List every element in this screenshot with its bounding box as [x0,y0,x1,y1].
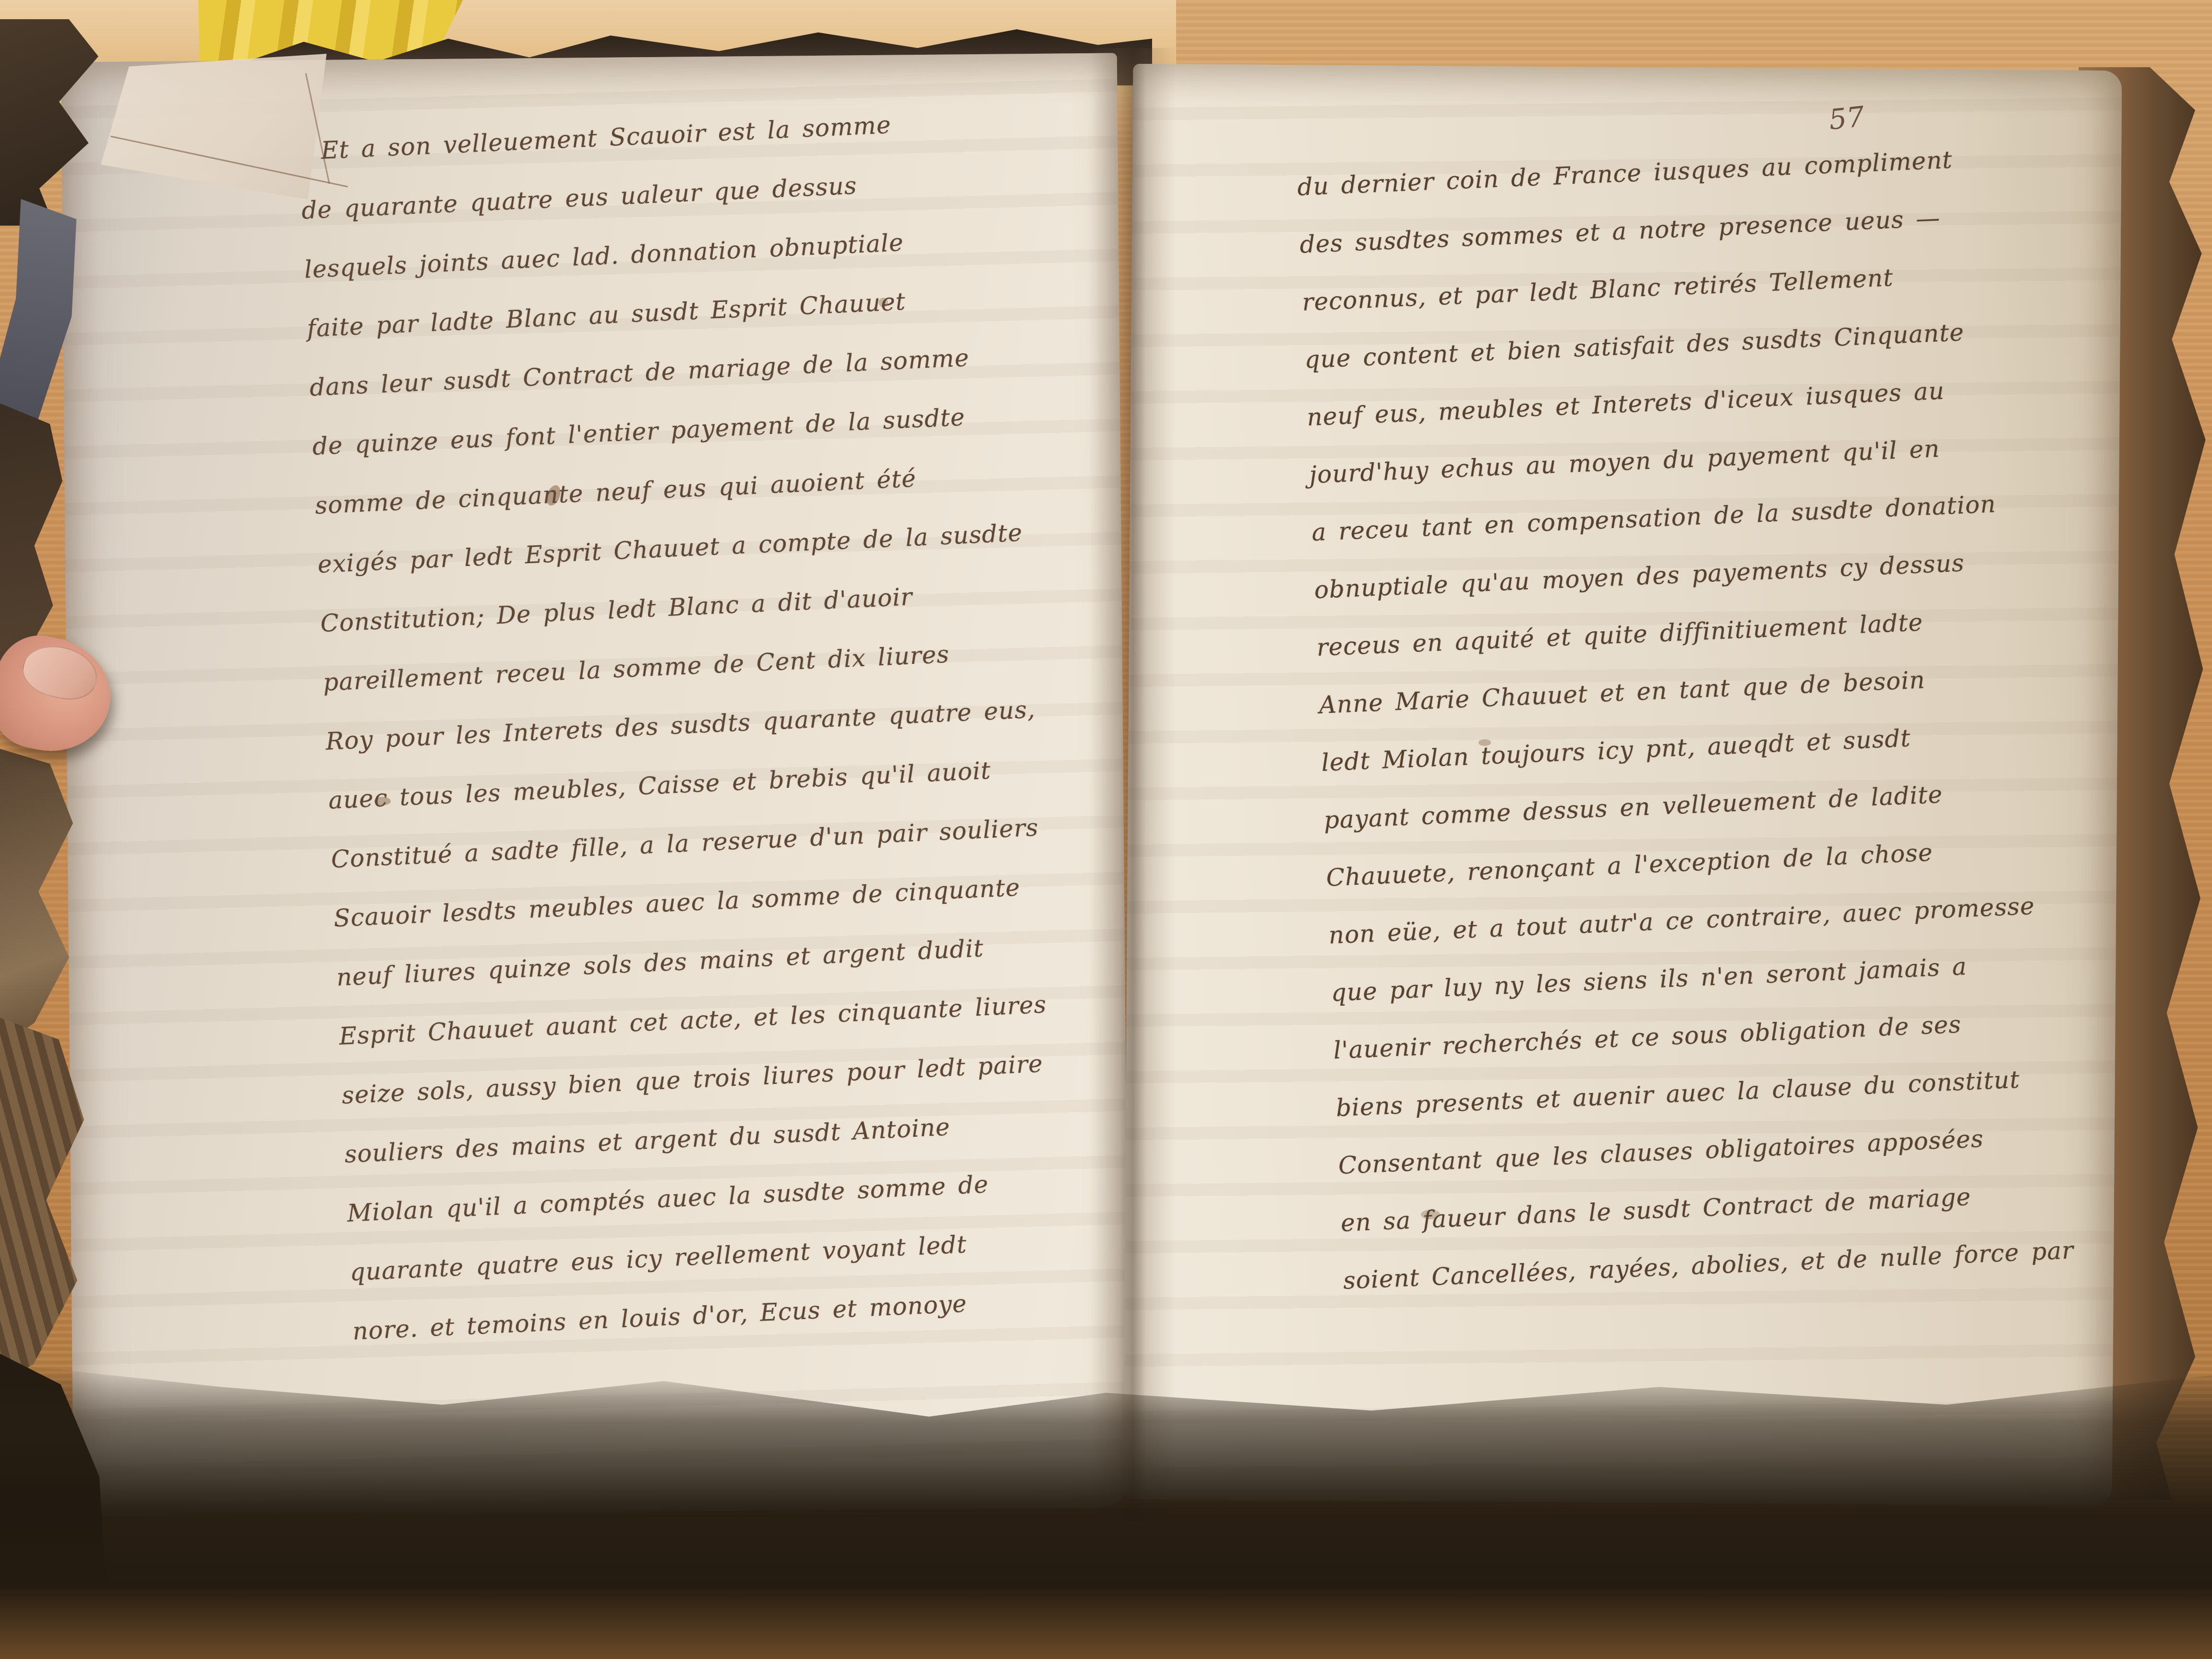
leather-scrap [0,19,98,226]
cover-board-scrap [0,198,85,426]
thumb [0,619,118,768]
left-page-text: Et a son velleuement Scauoir est la somm… [298,84,1207,1361]
frayed-spine-threads [0,1018,84,1382]
photo-of-open-manuscript: Et a son velleuement Scauoir est la somm… [0,0,2212,1659]
leather-scrap [0,749,77,1046]
right-page-text: du dernier coin de France iusques au com… [1296,124,2169,1310]
page-number: 57 [1827,100,1866,136]
book-bottom-shadow [0,1363,2212,1659]
